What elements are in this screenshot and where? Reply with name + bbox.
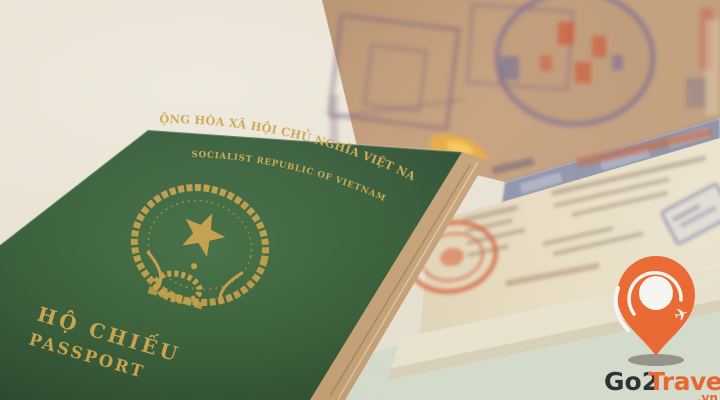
location-pin-icon: ✈ <box>616 256 695 356</box>
pin-hole <box>639 276 673 310</box>
passport-photo: CỘNG HÒA XÃ HỘI CHỦ NGHĨA VIỆT NAM SOCIA… <box>0 0 720 400</box>
logo-text-vn: .vn <box>697 391 718 400</box>
go2travel-logo: ✈ Go2 Travel .vn <box>596 250 720 400</box>
